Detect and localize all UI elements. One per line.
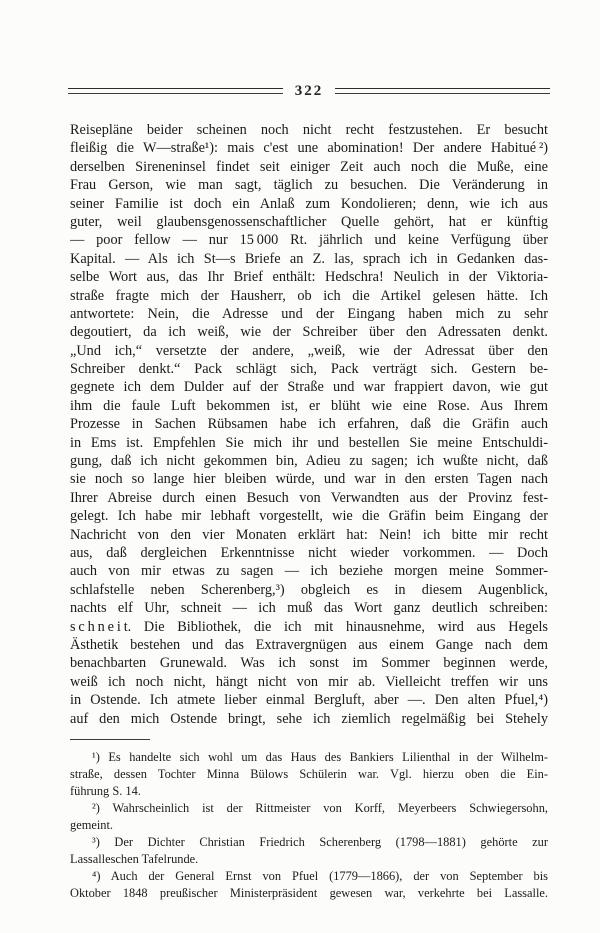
text-line: selbe Wort aus, das Ihr Brief enthält: H…: [70, 268, 548, 286]
text-line: Reisepläne beider scheinen noch nicht re…: [70, 121, 548, 139]
text-line: schlafstelle neben Scherenberg,³) obglei…: [70, 581, 548, 599]
footnote-line: ²) Wahrscheinlich ist der Rittmeister vo…: [70, 800, 548, 817]
text-line: antwortete: Nein, die Adresse und der Ei…: [70, 305, 548, 323]
footnote-line: ⁴) Auch der General Ernst von Pfuel (177…: [70, 868, 548, 885]
text-line: benachbarten Grunewald. Was ich sonst im…: [70, 654, 548, 672]
text-line: degoutiert, da ich weiß, wie der Schreib…: [70, 323, 548, 341]
footnote-line: führung S. 14.: [70, 783, 548, 800]
text-line: seiner Familie ist doch ein Anlaß zum Ko…: [70, 195, 548, 213]
text-line: Frau Gerson, wie man sagt, täglich zu be…: [70, 176, 548, 194]
text-line: auch von mir etwas zu sagen — ich bezieh…: [70, 562, 548, 580]
footnote-line: straße, dessen Tochter Minna Bülows Schü…: [70, 766, 548, 783]
text-line: straße fragte mich der Hausherr, ob ich …: [70, 287, 548, 305]
letter-body: Reisepläne beider scheinen noch nicht re…: [70, 121, 548, 728]
text-line: Kapital. — Als ich St—s Briefe an Z. las…: [70, 250, 548, 268]
text-line: Nachricht von den vier Monaten erklärt h…: [70, 526, 548, 544]
text-line: „Und ich,“ versetzte der andere, „weiß, …: [70, 342, 548, 360]
book-page: 322 Reisepläne beider scheinen noch nich…: [0, 0, 600, 933]
footnote-line: Oktober 1848 preußischer Ministerpräside…: [70, 885, 548, 902]
text-line: ihm die faule Luft bekommen ist, er blüh…: [70, 397, 548, 415]
footnote-line: Lassalleschen Tafelrunde.: [70, 851, 548, 868]
text-line: Schreiber denkt.“ Pack schlägt sich, Pac…: [70, 360, 548, 378]
text-line: guter, weil glaubensgenossenschaftlicher…: [70, 213, 548, 231]
text-line: gegnete ich dem Dulder auf der Straße un…: [70, 378, 548, 396]
text-line: weiß ich noch nicht, hängt nicht von mir…: [70, 673, 548, 691]
page-number: 322: [283, 84, 336, 98]
text-line: in Ostende. Ich atmete lieber einmal Ber…: [70, 691, 548, 709]
footnote-line: ³) Der Dichter Christian Friedrich Scher…: [70, 834, 548, 851]
text-line: sie noch so lange hier bleiben würde, un…: [70, 470, 548, 488]
footnotes: ¹) Es handelte sich wohl um das Haus des…: [70, 749, 548, 902]
text-line: in Ems ist. Empfehlen Sie mich ihr und b…: [70, 434, 548, 452]
footnote-line: gemeint.: [70, 817, 548, 834]
text-line: nachts elf Uhr, schneit — ich muß das Wo…: [70, 599, 548, 617]
text-line: — poor fellow — nur 15 000 Rt. jährlich …: [70, 231, 548, 249]
text-line: aus, daß dergleichen Erkenntnisse nicht …: [70, 544, 548, 562]
page-header: 322: [68, 84, 550, 98]
header-rule-right: [335, 88, 550, 94]
footnote-line: ¹) Es handelte sich wohl um das Haus des…: [70, 749, 548, 766]
text-line: gelegt. Ich habe mir lebhaft vorgestellt…: [70, 507, 548, 525]
text-line: fleißig die W—straße¹): mais c'est une a…: [70, 139, 548, 157]
footnote-separator: [70, 739, 150, 740]
text-line: gung, daß ich nicht gekommen bin, Adieu …: [70, 452, 548, 470]
text-line: Prozesse in Sachen Rübsamen habe ich erf…: [70, 415, 548, 433]
text-line: s c h n e i t. Die Bibliothek, die ich m…: [70, 618, 548, 636]
header-rule-left: [68, 88, 283, 94]
text-line: Ästhetik bestehen und das Extravergnügen…: [70, 636, 548, 654]
text-line: Ihrer Abreise durch einen Besuch von Ver…: [70, 489, 548, 507]
text-line: derselben Sireneninsel findet seit einig…: [70, 158, 548, 176]
text-line: auf den mich Ostende bringt, sehe ich zi…: [70, 710, 548, 728]
